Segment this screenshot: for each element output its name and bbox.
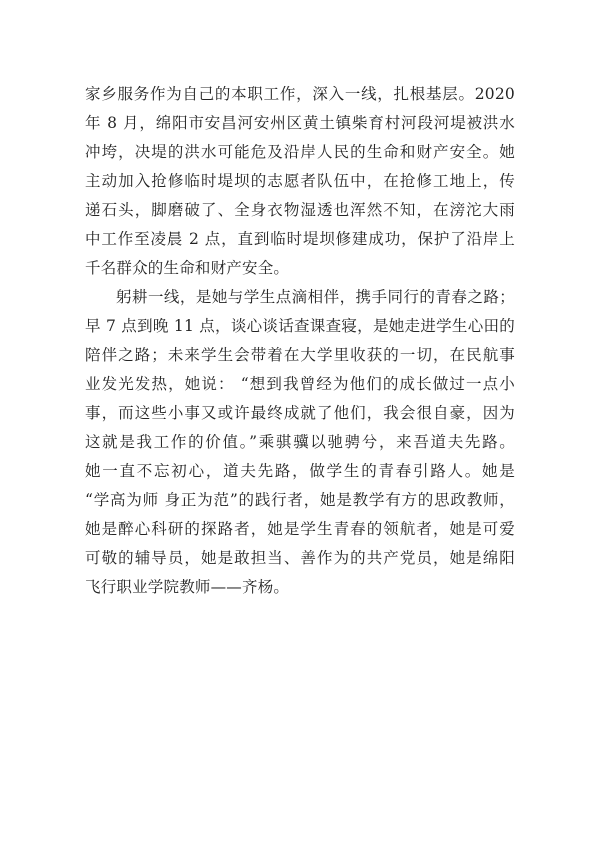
text-line: 这就是我工作的价值。”乘骐骥以驰骋兮，来吾道夫先路。: [85, 428, 515, 457]
document-page: 家乡服务作为自己的本职工作，深入一线，扎根基层。2020年 8 月，绵阳市安昌河…: [0, 0, 600, 847]
text-line: 冲垮，决堤的洪水可能危及沿岸人民的生命和财产安全。她: [85, 138, 515, 167]
text-line: 业发光发热，她说： “想到我曾经为他们的成长做过一点小: [85, 370, 515, 399]
text-line: 陪伴之路；未来学生会带着在大学里收获的一切，在民航事: [85, 341, 515, 370]
text-line: 可敬的辅导员，她是敢担当、善作为的共产党员，她是绵阳: [85, 544, 515, 573]
text-block: 家乡服务作为自己的本职工作，深入一线，扎根基层。2020年 8 月，绵阳市安昌河…: [85, 80, 515, 602]
text-line: 家乡服务作为自己的本职工作，深入一线，扎根基层。2020: [85, 80, 515, 109]
text-line: 事，而这些小事又或许最终成就了他们，我会很自豪，因为: [85, 399, 515, 428]
text-line: 中工作至凌晨 2 点，直到临时堤坝修建成功，保护了沿岸上: [85, 225, 515, 254]
text-line: 她是醉心科研的探路者，她是学生青春的领航者，她是可爱: [85, 515, 515, 544]
text-line: 递石头，脚磨破了、全身衣物湿透也浑然不知，在滂沱大雨: [85, 196, 515, 225]
text-line: 千名群众的生命和财产安全。: [85, 254, 515, 283]
text-line: 飞行职业学院教师——齐杨。: [85, 573, 515, 602]
text-line: 早 7 点到晚 11 点，谈心谈话查课查寝，是她走进学生心田的: [85, 312, 515, 341]
text-line: 她一直不忘初心，道夫先路，做学生的青春引路人。她是: [85, 457, 515, 486]
text-line: 年 8 月，绵阳市安昌河安州区黄土镇柴育村河段河堤被洪水: [85, 109, 515, 138]
text-line: 躬耕一线，是她与学生点滴相伴，携手同行的青春之路；: [85, 283, 515, 312]
text-line: 主动加入抢修临时堤坝的志愿者队伍中，在抢修工地上，传: [85, 167, 515, 196]
text-line: “学高为师 身正为范”的践行者，她是教学有方的思政教师，: [85, 486, 515, 515]
